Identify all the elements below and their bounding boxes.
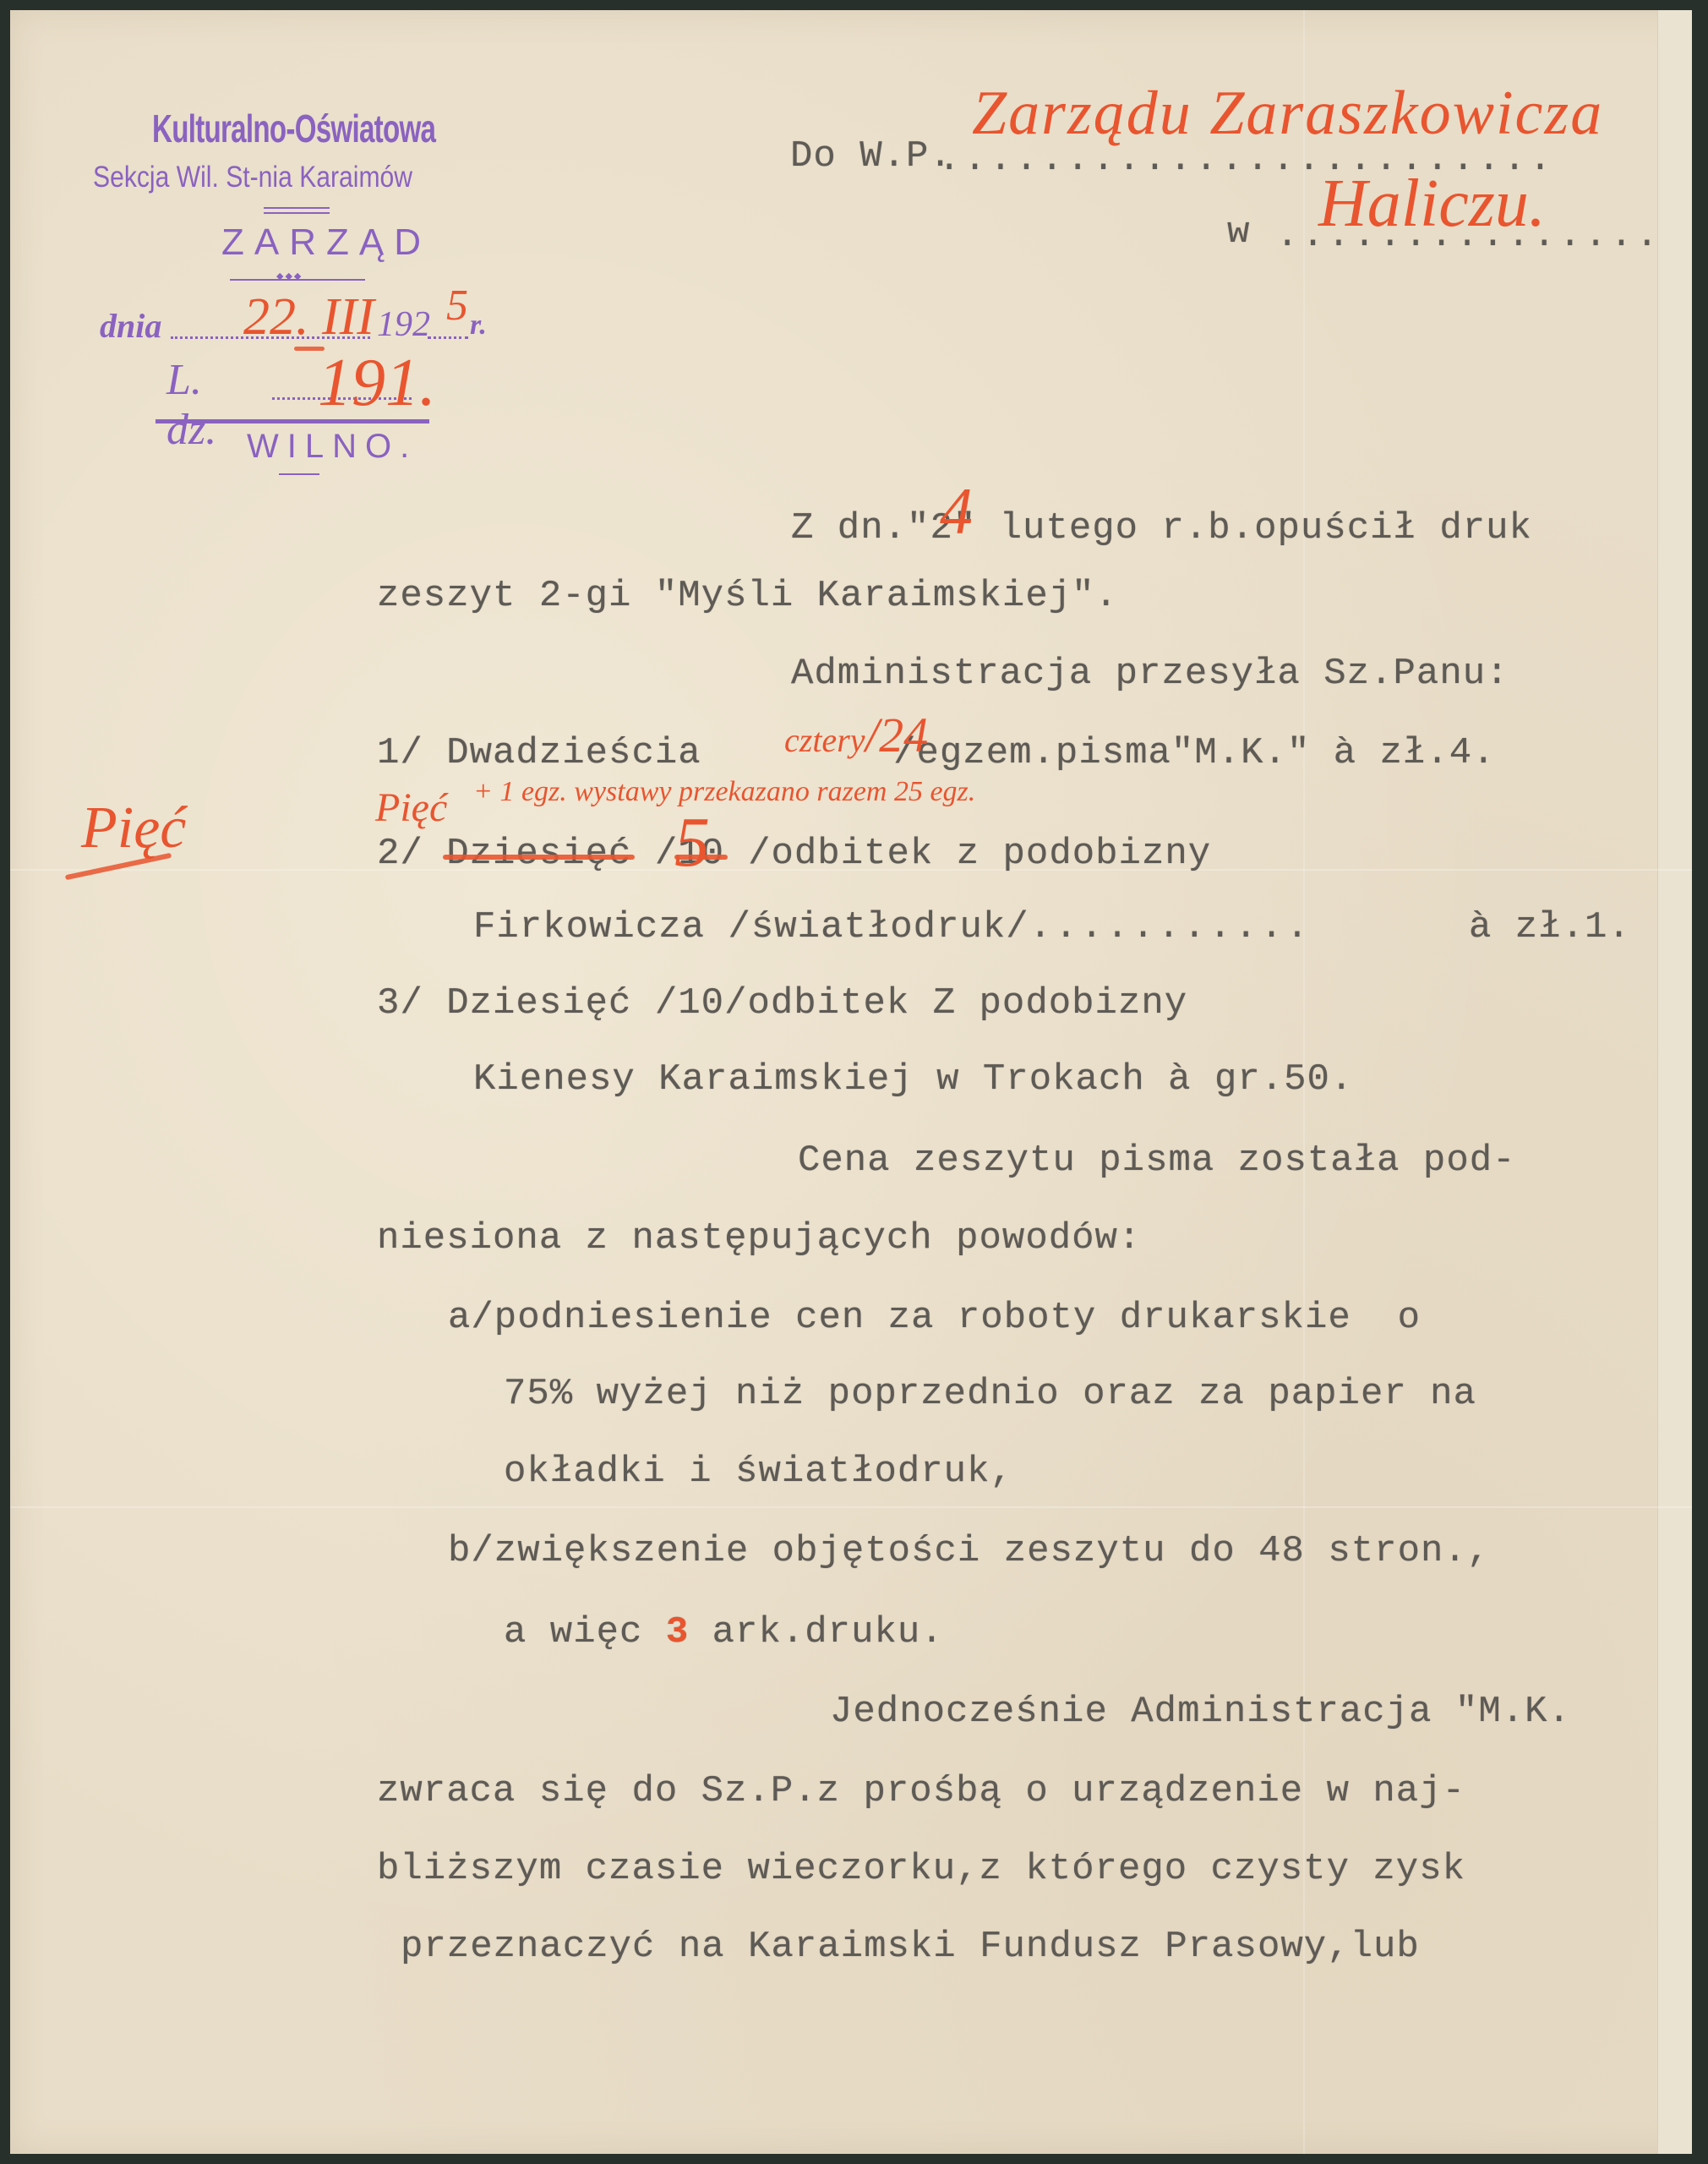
body-line: Cena zeszytu pisma została pod-	[798, 1139, 1516, 1182]
text-segment: Z dn."	[791, 507, 930, 549]
stamp-year-line	[428, 336, 468, 339]
list-item-2: 2/ Dziesięć /10/odbitek z podobizny	[377, 833, 1211, 875]
text-segment: /odbitek z podobizny	[748, 833, 1211, 875]
stamp-year-suffix: r.	[470, 309, 487, 342]
text-segment: 1/ Dwadzieścia	[377, 732, 724, 774]
reason-a-line-3: okładki i światłodruk,	[504, 1451, 1013, 1493]
reason-b-line-1: b/zwiększenie objętości zeszytu do 48 st…	[448, 1530, 1490, 1572]
list-item-3: 3/ Dziesięć /10/odbitek Z podobizny	[377, 982, 1187, 1025]
handwritten-year-digit: 5	[446, 281, 468, 331]
address-to-label: Do W.P.	[790, 135, 952, 178]
interlinear-annotation-word: Pięć	[375, 784, 447, 831]
stamp-subtitle: Sekcja Wil. St-nia Karaimów	[93, 161, 412, 194]
paper-fold-line	[10, 1506, 1692, 1508]
body-line: przeznaczyć na Karaimski Fundusz Prasowy…	[401, 1926, 1420, 1968]
text-segment: a więc	[504, 1611, 666, 1653]
stamp-city-underline	[279, 473, 319, 475]
list-item-2-line-2: Firkowicza /światłodruk/...........	[473, 906, 1312, 948]
text-segment: Firkowicza /światłodruk/	[473, 906, 1029, 948]
margin-annotation: Pięć	[81, 795, 186, 862]
stamp-double-rule	[264, 207, 330, 209]
handwritten-day-correction: 4	[940, 473, 973, 549]
text-segment: /egzem.pisma"M.K." à zł.4.	[893, 732, 1496, 774]
handwritten-quantity-number: /24	[865, 707, 928, 763]
body-line: Z dn."2" lutego r.b.opuścił druk	[791, 507, 1532, 549]
body-line: bliższym czasie wieczorku,z którego czys…	[377, 1848, 1465, 1890]
text-segment: /	[631, 833, 678, 875]
struck-word: Dziesięć	[446, 833, 631, 875]
stamp-date-label: dnia	[100, 306, 161, 346]
handwritten-place: Haliczu.	[1318, 166, 1546, 243]
address-in-label: w	[1227, 211, 1250, 254]
text-segment: " lutego r.b.opuścił druk	[953, 507, 1532, 549]
stamp-board-label: ZARZĄD	[221, 221, 431, 264]
list-item-1: 1/ Dwadzieścia /egzem.pisma"M.K." à zł.4…	[377, 732, 1496, 774]
stamp-title: Kulturalno-Oświatowa	[152, 106, 435, 151]
body-line: zeszyt 2-gi "Myśli Karaimskiej".	[377, 575, 1118, 617]
handwritten-sheet-count: 3	[666, 1611, 689, 1653]
stamp-year-prefix: 192	[377, 304, 430, 345]
body-line: Jednocześnie Administracja "M.K.	[830, 1691, 1571, 1733]
stamp-double-rule	[264, 212, 330, 214]
handwritten-ref-number: 191.	[318, 345, 436, 422]
text-segment: 2/	[377, 833, 446, 875]
paper-underlying-sheet-edge	[1657, 10, 1692, 2154]
list-item-2-price: à zł.1.	[1469, 906, 1631, 948]
reason-b-line-2: a więc 3 ark.druku.	[504, 1611, 944, 1653]
handwritten-quantity-word: cztery	[784, 720, 865, 760]
reason-a-line-1: a/podniesienie cen za roboty drukarskie …	[448, 1297, 1421, 1339]
body-line: zwraca się do Sz.P.z prośbą o urządzenie…	[377, 1770, 1465, 1812]
handwritten-date: 22. III	[243, 287, 374, 347]
interlinear-annotation-note: + 1 egz. wystawy przekazano razem 25 egz…	[473, 776, 975, 808]
body-line: Administracja przesyła Sz.Panu:	[791, 653, 1509, 695]
body-line: niesiona z następujących powodów:	[377, 1217, 1141, 1260]
text-segment: ark.druku.	[689, 1611, 943, 1653]
stamp-city: WILNO.	[247, 428, 417, 466]
handwritten-quantity-correction: 5	[674, 801, 710, 883]
reason-a-line-2: 75% wyżej niż poprzednio oraz za papier …	[504, 1373, 1476, 1415]
handwritten-recipient: Zarządu Zaraszkowicza	[972, 78, 1603, 150]
stamp-ref-label: L. dz.	[166, 355, 216, 455]
list-item-3-line-2: Kienesy Karaimskiej w Trokach à gr.50.	[473, 1058, 1353, 1101]
stamp-diamond-ornament: ◆◆◆	[276, 270, 303, 281]
leader-dots: ...........	[1029, 906, 1312, 948]
